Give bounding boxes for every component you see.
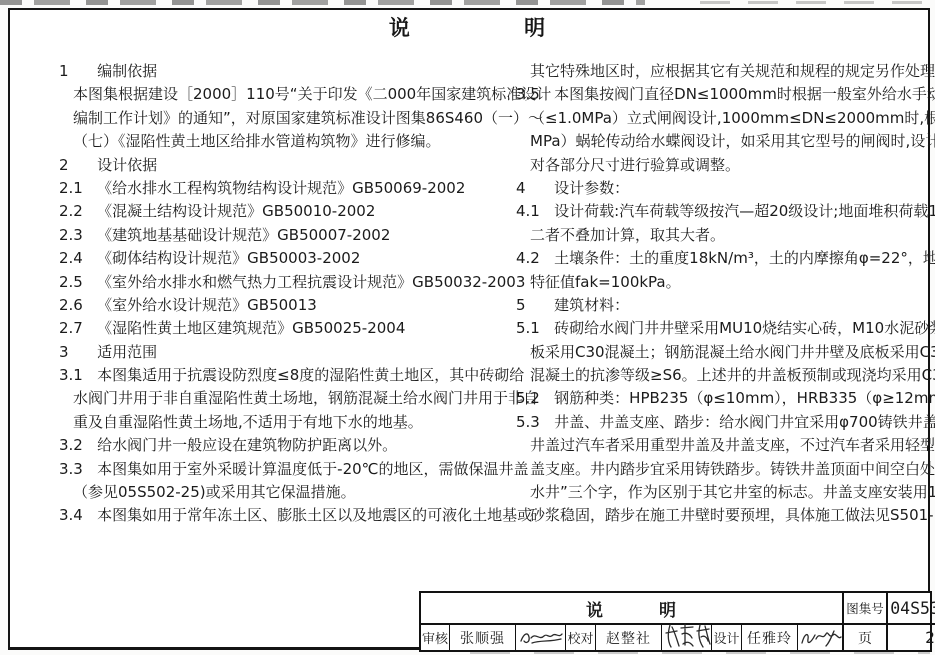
- title-block-title: 说 明: [421, 593, 842, 623]
- text-line: 5.1 砖砌给水阀门井井壁采用MU10烧结实心砖，M10水泥砂浆砌筑，底: [516, 317, 935, 340]
- text-line: 3 适用范围: [59, 341, 479, 364]
- text-line: 水井”三个字，作为区别于其它井室的标志。井盖支座安装用1:3水泥: [516, 481, 935, 504]
- text-line: 对各部分尺寸进行验算或调整。: [516, 154, 935, 177]
- text-line: 5.3 井盖、井盖支座、踏步：给水阀门井宜采用φ700铸铁井盖及支座，: [516, 411, 935, 434]
- text-line: 2.6 《室外给水设计规范》GB50013: [59, 294, 479, 317]
- text-line: 3.4 本图集如用于常年冻土区、膨胀土区以及地震区的可液化土地基或: [59, 504, 479, 527]
- checker-name: 赵整社: [595, 625, 661, 650]
- designer-signature-icon: [797, 625, 842, 650]
- scan-noise-top: [0, 0, 645, 5]
- text-line: 二者不叠加计算，取其大者。: [516, 224, 935, 247]
- text-line: 板采用C30混凝土；钢筋混凝土给水阀门井井壁及底板采用C30混凝土，: [516, 341, 935, 364]
- title-block: 说 明 图集号 04S531-4 审核 张顺强 校对 赵整社 设计: [419, 591, 932, 652]
- text-line: 4.1 设计荷载:汽车荷载等级按汽—超20级设计;地面堆积荷载10kN/m²，: [516, 200, 935, 223]
- text-line: 2.5 《室外给水排水和燃气热力工程抗震设计规范》GB50032-2003: [59, 271, 479, 294]
- text-line: 3.3 本图集如用于室外采暖计算温度低于-20℃的地区，需做保温井盖: [59, 458, 479, 481]
- right-column: 其它特殊地区时，应根据其它有关规范和规程的规定另作处理。3.5 本图集按阀门直径…: [516, 60, 935, 528]
- text-line: （参见05S502-25)或采用其它保温措施。: [59, 481, 479, 504]
- text-line: MPa）蜗轮传动给水蝶阀设计，如采用其它型号的闸阀时,设计选用人应: [516, 130, 935, 153]
- scanned-atlas-page: { "page_title": "说 明", "columns": { "lef…: [0, 0, 935, 655]
- text-line: 2 设计依据: [59, 154, 479, 177]
- designer-label: 设计: [711, 625, 741, 650]
- designer-name: 任雅玲: [741, 625, 797, 650]
- scan-noise-top-right: [700, 1, 930, 4]
- text-line: 盖支座。井内踏步宜采用铸铁踏步。铸铁井盖顶面中间空白处填铸“给: [516, 458, 935, 481]
- text-line: 编制工作计划》的通知”，对原国家建筑标准设计图集86S460（一）～: [59, 107, 479, 130]
- text-line: 混凝土的抗渗等级≥S6。上述井的井盖板预制或现浇均采用C30混凝土。: [516, 364, 935, 387]
- text-line: 2.7 《湿陷性黄土地区建筑规范》GB50025-2004: [59, 317, 479, 340]
- atlas-number-label: 图集号: [842, 593, 886, 623]
- checker-label: 校对: [565, 625, 595, 650]
- text-line: 5 建筑材料：: [516, 294, 935, 317]
- page-number-label: 页: [842, 623, 886, 650]
- text-line: 2.4 《砌体结构设计规范》GB50003-2002: [59, 247, 479, 270]
- text-line: 3.1 本图集适用于抗震设防烈度≤8度的湿陷性黄土地区，其中砖砌给: [59, 364, 479, 387]
- page-title: 说 明: [0, 12, 935, 42]
- reviewer-name: 张顺强: [449, 625, 515, 650]
- text-line: 4 设计参数：: [516, 177, 935, 200]
- text-line: 2.2 《混凝土结构设计规范》GB50010-2002: [59, 200, 479, 223]
- reviewer-label: 审核: [421, 625, 449, 650]
- staff-row: 审核 张顺强 校对 赵整社 设计 任雅玲: [421, 623, 842, 650]
- text-line: 水阀门井用于非自重湿陷性黄土场地，钢筋混凝土给水阀门井用于非自: [59, 387, 479, 410]
- text-line: 本图集根据建设［2000］110号“关于印发《二000年国家建筑标准设计: [59, 83, 479, 106]
- text-line: （≤1.0MPa）立式闸阀设计,1000mm≤DN≤2000mm时,根据低压（≤…: [516, 107, 935, 130]
- text-line: （七）《湿陷性黄土地区给排水管道构筑物》进行修编。: [59, 130, 479, 153]
- text-line: 2.3 《建筑地基基础设计规范》GB50007-2002: [59, 224, 479, 247]
- checker-signature-icon: [661, 625, 711, 650]
- text-line: 重及自重湿陷性黄土场地,不适用于有地下水的地基。: [59, 411, 479, 434]
- text-line: 4.2 土壤条件：土的重度18kN/m³，土的内摩擦角φ=22°，地基承载力: [516, 247, 935, 270]
- text-line: 1 编制依据: [59, 60, 479, 83]
- text-line: 特征值fak=100kPa。: [516, 271, 935, 294]
- text-line: 3.5 本图集按阀门直径DN≤1000mm时根据一般室外给水手动暗杆低压: [516, 83, 935, 106]
- text-line: 砂浆稳固，踏步在施工井壁时要预埋，具体施工做法见S501-1～2《单: [516, 504, 935, 527]
- left-column: 1 编制依据本图集根据建设［2000］110号“关于印发《二000年国家建筑标准…: [59, 60, 479, 528]
- page-number: 2: [886, 623, 935, 650]
- text-line: 3.2 给水阀门井一般应设在建筑物防护距离以外。: [59, 434, 479, 457]
- text-line: 井盖过汽车者采用重型井盖及井盖支座，不过汽车者采用轻型井盖及井: [516, 434, 935, 457]
- text-line: 其它特殊地区时，应根据其它有关规范和规程的规定另作处理。: [516, 60, 935, 83]
- reviewer-signature-icon: [515, 625, 565, 650]
- text-line: 5.2 钢筋种类：HPB235（φ≤10mm），HRB335（φ≥12mm）。: [516, 387, 935, 410]
- text-line: 2.1 《给水排水工程构筑物结构设计规范》GB50069-2002: [59, 177, 479, 200]
- atlas-number: 04S531-4: [886, 593, 935, 623]
